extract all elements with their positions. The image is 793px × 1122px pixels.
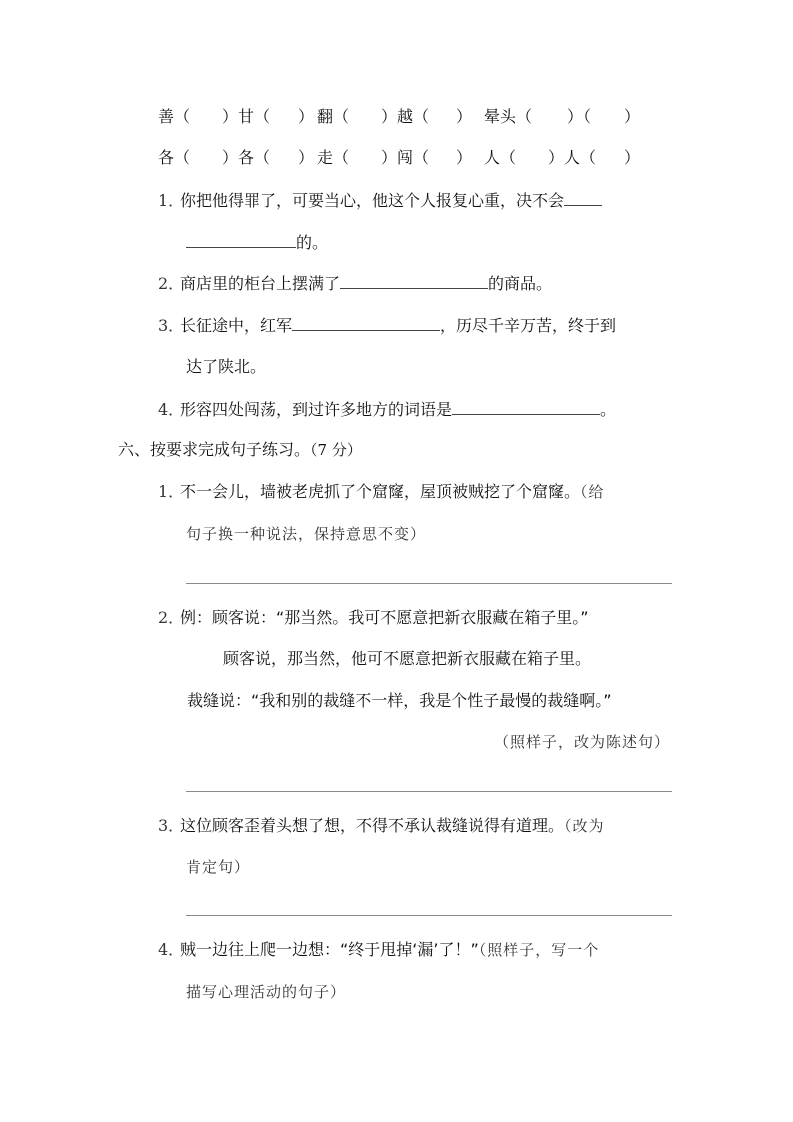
question-note: （照样子，写一个 (479, 941, 600, 959)
question-text: ，历尽千辛万苦，终于到 (440, 316, 616, 335)
word-cell: ）人（ (548, 147, 596, 169)
word-cell: ） (624, 106, 640, 128)
word-cell: ）各（ (222, 147, 270, 169)
question-number: 2． (158, 607, 180, 629)
question-note-cont: 句子换一种说法，保持意思不变） (186, 523, 426, 545)
question-number: 2． (158, 273, 180, 295)
question-text: 。 (600, 400, 616, 419)
question-number: 4． (158, 939, 180, 961)
word-cell: ）（ (567, 106, 591, 128)
question-text: 长征途中，红军 (180, 316, 292, 335)
fill-question-3-cont: 达了陕北。 (186, 356, 266, 378)
question-note: （给 (580, 483, 605, 501)
question-text: 这位顾客歪着头想了想，不得不承认裁缝说得有道理。 (180, 816, 564, 835)
word-cell: ） (298, 106, 314, 128)
question-text: 不一会儿，墙被老虎抓了个窟窿，屋顶被贼挖了个窟窿。 (180, 482, 580, 501)
word-cell: ） (624, 147, 640, 169)
word-cell: ） (456, 147, 472, 169)
word-cell: 走（ (317, 147, 349, 169)
word-cell: 翻（ (317, 106, 349, 128)
sentence-question-3: 3．这位顾客歪着头想了想，不得不承认裁缝说得有道理。（改为 (158, 815, 605, 837)
section-heading: 六、按要求完成句子练习。（7 分） (118, 439, 362, 461)
sentence-question-1: 1．不一会儿，墙被老虎抓了个窟窿，屋顶被贼挖了个窟窿。（给 (158, 481, 605, 503)
word-cell: ） (456, 106, 472, 128)
example-text: 例：顾客说：“那当然。我可不愿意把新衣服藏在箱子里。” (180, 608, 589, 627)
sentence-question-4: 4．贼一边往上爬一边想：“终于甩掉‘漏’了！”（照样子，写一个 (158, 939, 599, 961)
sentence-question-2: 2．例：顾客说：“那当然。我可不愿意把新衣服藏在箱子里。” (158, 607, 589, 629)
question-number: 1． (158, 190, 180, 212)
fill-question-3: 3．长征途中，红军，历尽千辛万苦，终于到 (158, 314, 616, 336)
answer-line[interactable] (186, 791, 672, 792)
section-title: 六、按要求完成句子练习。 (118, 440, 310, 459)
question-text: 你把他得罪了，可要当心，他这个人报复心重，决不会 (180, 191, 564, 210)
fill-question-4: 4．形容四处闯荡，到过许多地方的词语是。 (158, 398, 616, 420)
word-cell: 善（ (158, 106, 190, 128)
word-cell: ）甘（ (222, 106, 270, 128)
question-text: 形容四处闯荡，到过许多地方的词语是 (180, 400, 452, 419)
word-cell: 人（ (484, 147, 516, 169)
word-cell: 晕头（ (484, 106, 532, 128)
answer-blank[interactable] (452, 398, 600, 415)
answer-blank[interactable] (340, 272, 488, 289)
question-text: 裁缝说：“我和别的裁缝不一样，我是个性子最慢的裁缝啊。” (187, 690, 612, 712)
answer-blank[interactable] (292, 314, 440, 331)
word-cell: ）越（ (381, 106, 429, 128)
answer-blank[interactable] (186, 231, 296, 248)
fill-question-1-cont: 的。 (186, 231, 328, 253)
answer-line[interactable] (186, 583, 672, 584)
question-number: 3． (158, 315, 180, 337)
question-note: （照样子，改为陈述句） (494, 731, 670, 753)
question-number: 3． (158, 815, 180, 837)
word-cell: ） (298, 147, 314, 169)
worksheet-page: 善（ ）甘（ ） 翻（ ）越（ ） 晕头（ ）（ ） 各（ ）各（ ） 走（ ）… (0, 0, 793, 1122)
question-note: （改为 (564, 817, 605, 835)
fill-question-2: 2．商店里的柜台上摆满了的商品。 (158, 272, 552, 294)
word-cell: ）闯（ (381, 147, 429, 169)
question-note-cont: 肯定句） (186, 856, 250, 878)
question-text: 商店里的柜台上摆满了 (180, 274, 340, 293)
question-text: 的。 (296, 233, 328, 252)
question-number: 1． (158, 481, 180, 503)
section-score: （7 分） (310, 441, 362, 459)
word-cell: 各（ (158, 147, 190, 169)
answer-blank[interactable] (564, 189, 602, 206)
question-text: 贼一边往上爬一边想：“终于甩掉‘漏’了！” (180, 940, 479, 959)
fill-question-1: 1．你把他得罪了，可要当心，他这个人报复心重，决不会 (158, 189, 602, 211)
answer-line[interactable] (186, 915, 672, 916)
example-answer: 顾客说，那当然，他可不愿意把新衣服藏在箱子里。 (223, 648, 591, 670)
question-number: 4． (158, 399, 180, 421)
question-note-cont: 描写心理活动的句子） (186, 981, 346, 1003)
question-text: 的商品。 (488, 274, 552, 293)
